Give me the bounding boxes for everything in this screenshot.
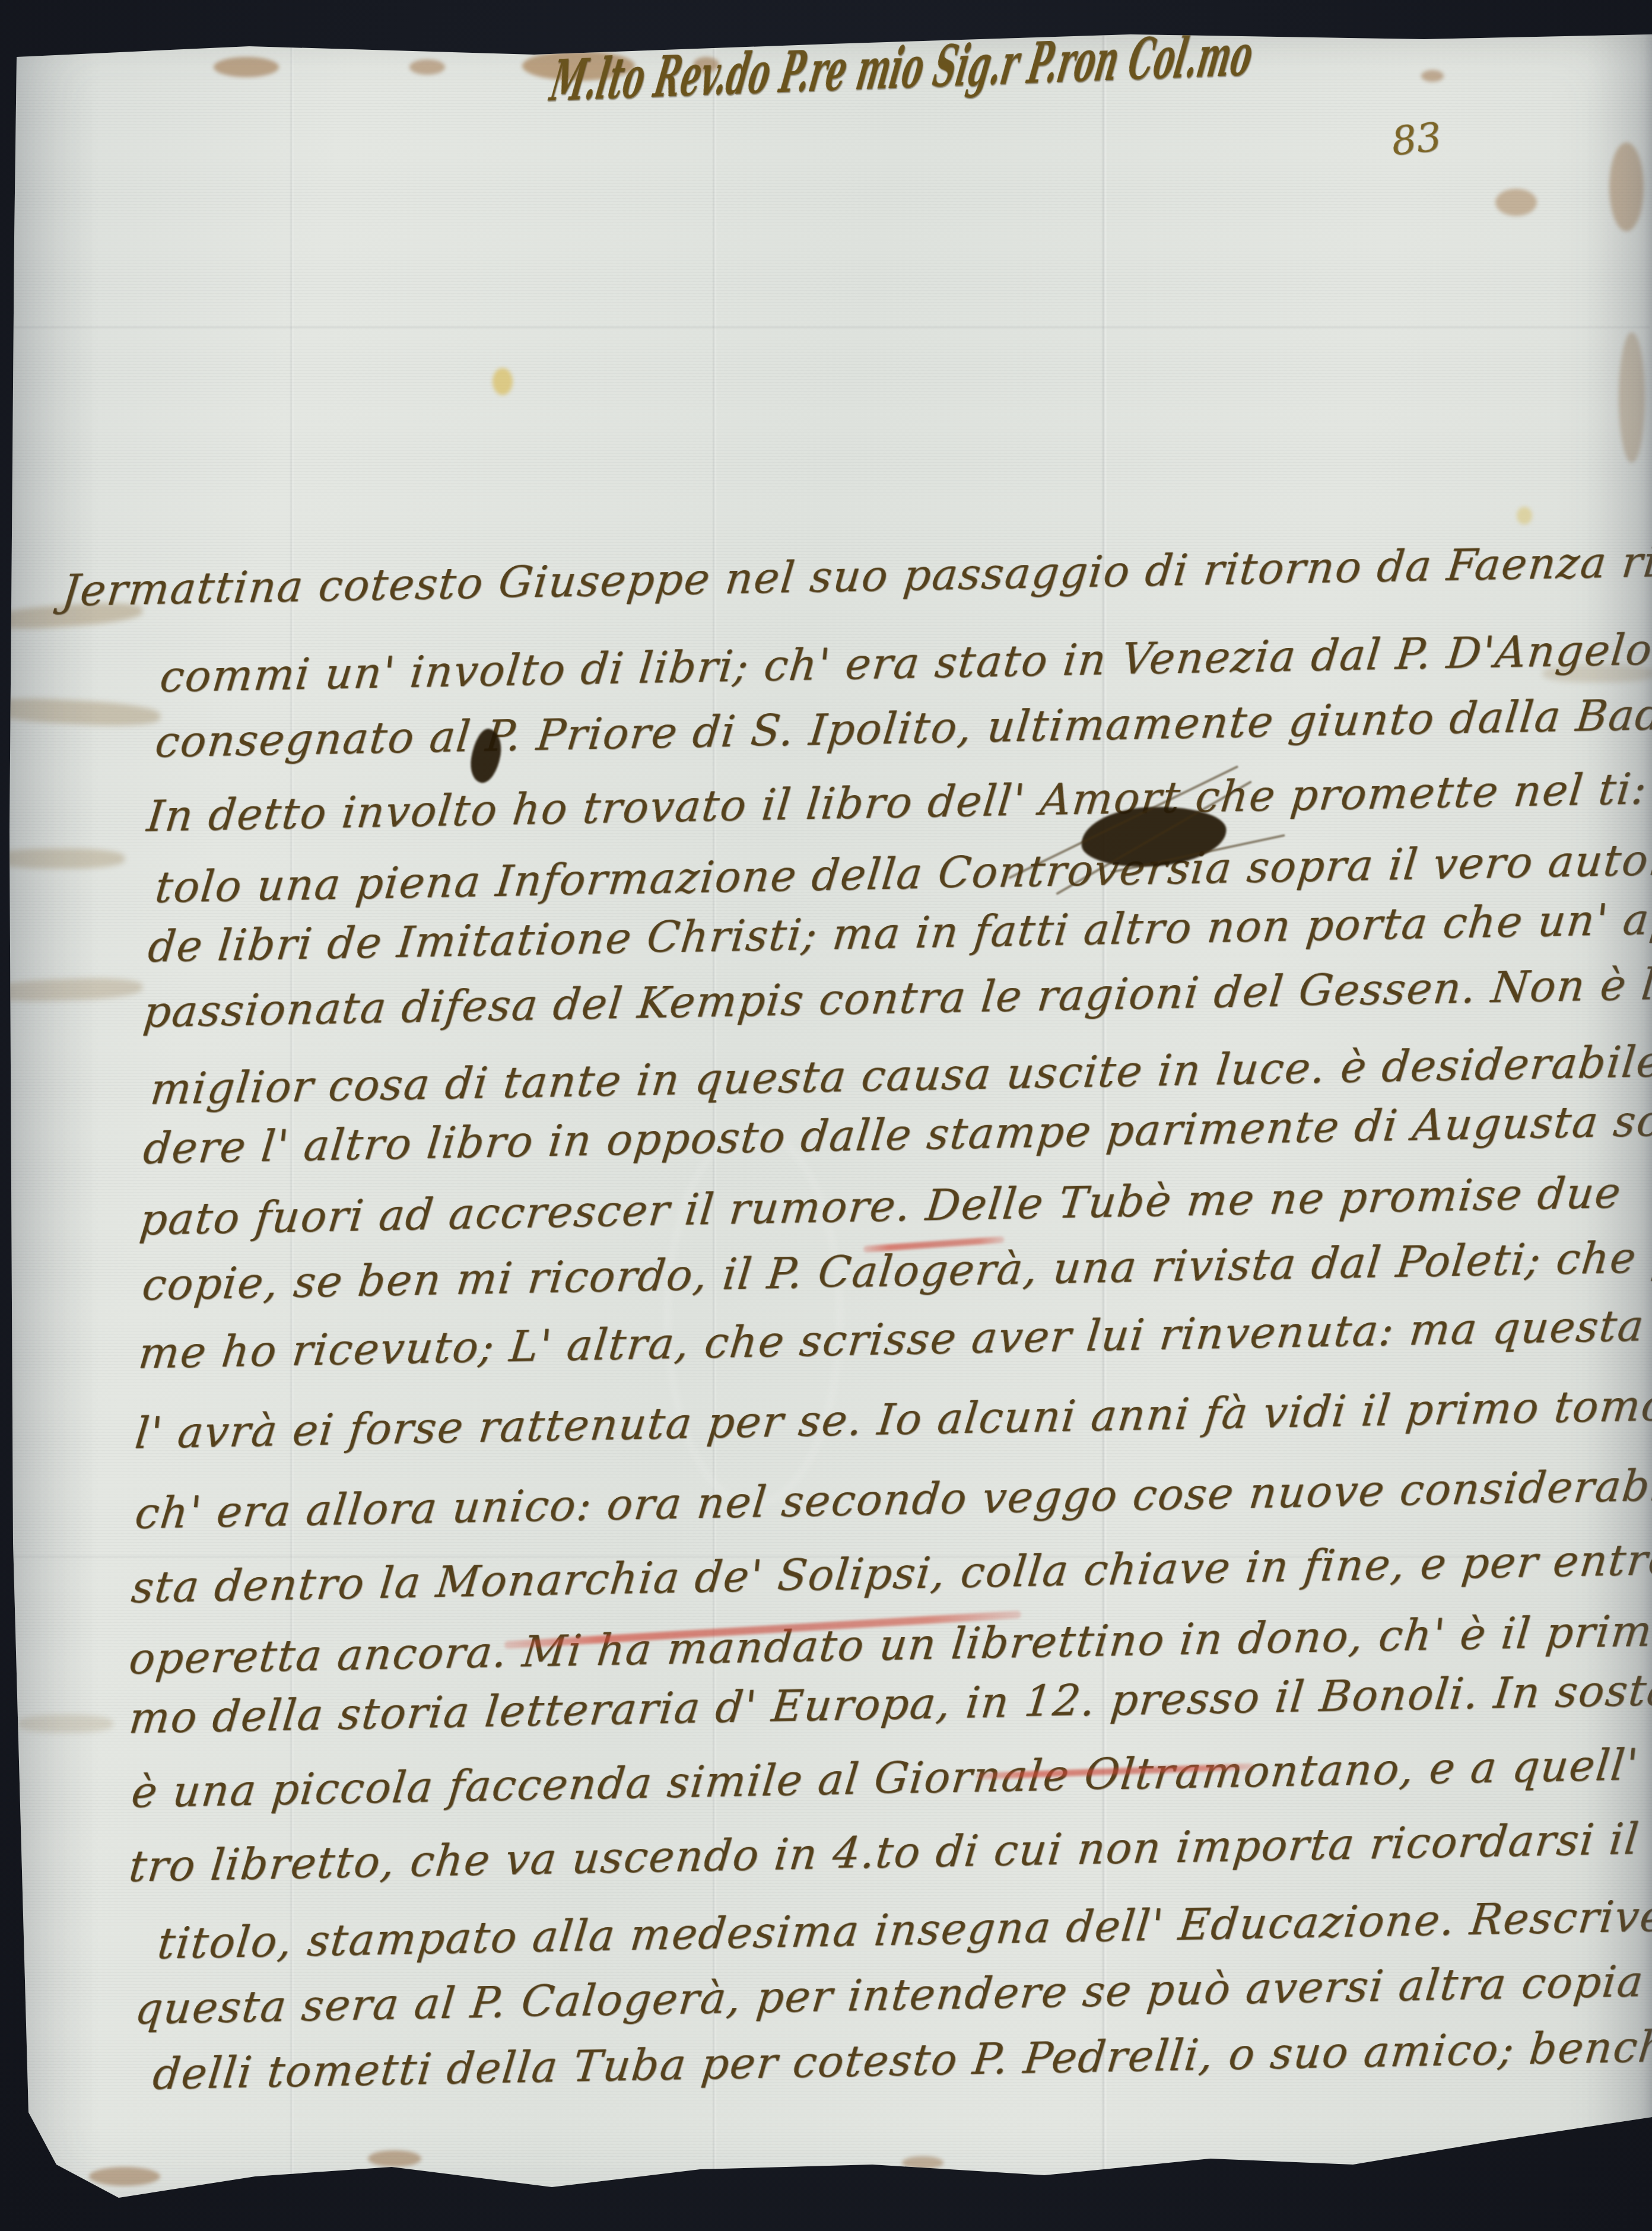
- manuscript-letter-page: M.lto Rev.do P.re mio Sig.r P.ron Col.mo…: [0, 0, 1652, 2231]
- paper-edge-shading: [0, 0, 1652, 2231]
